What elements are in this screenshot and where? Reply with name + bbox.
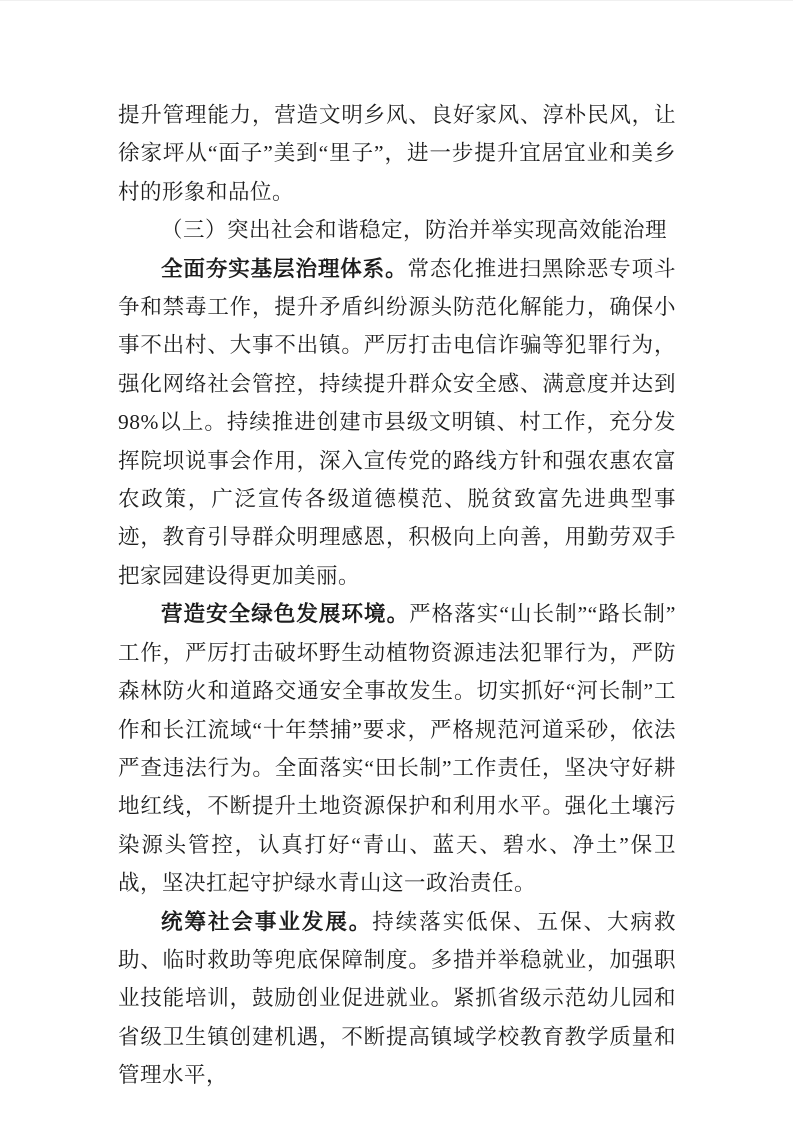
paragraph-text: 常态化推进扫黑除恶专项斗争和禁毒工作，提升矛盾纠纷源头防范化解能力，确保小事不出… [118, 257, 676, 588]
text-block: 提升管理能力，营造文明乡风、良好家风、淳朴民风，让徐家坪从“面子”美到“里子”，… [118, 96, 676, 1095]
section-heading-three: （三）突出社会和谐稳定，防治并举实现高效能治理 [118, 211, 676, 249]
paragraph-lead: 统筹社会事业发展。 [161, 910, 372, 934]
paragraph-text: 严格落实“山长制”“路长制”工作，严厉打击破坏野生动植物资源违法犯罪行为，严防森… [118, 602, 676, 895]
paragraph-continuation: 提升管理能力，营造文明乡风、良好家风、淳朴民风，让徐家坪从“面子”美到“里子”，… [118, 96, 676, 211]
paragraph-social-programs: 统筹社会事业发展。持续落实低保、五保、大病救助、临时救助等兜底保障制度。多措并举… [118, 903, 676, 1095]
paragraph-grassroots-governance: 全面夯实基层治理体系。常态化推进扫黑除恶专项斗争和禁毒工作，提升矛盾纠纷源头防范… [118, 250, 676, 596]
document-page: 提升管理能力，营造文明乡风、良好家风、淳朴民风，让徐家坪从“面子”美到“里子”，… [0, 0, 793, 1122]
paragraph-lead: 营造安全绿色发展环境。 [161, 602, 409, 626]
page-top-edge [0, 0, 793, 1]
section-heading-text: （三）突出社会和谐稳定，防治并举实现高效能治理 [161, 218, 667, 242]
paragraph-lead: 全面夯实基层治理体系。 [161, 257, 408, 281]
paragraph-safe-green-environment: 营造安全绿色发展环境。严格落实“山长制”“路长制”工作，严厉打击破坏野生动植物资… [118, 595, 676, 902]
paragraph-text: 提升管理能力，营造文明乡风、良好家风、淳朴民风，让徐家坪从“面子”美到“里子”，… [118, 103, 676, 204]
paragraph-text: 持续落实低保、五保、大病救助、临时救助等兜底保障制度。多措并举稳就业，加强职业技… [118, 910, 676, 1088]
